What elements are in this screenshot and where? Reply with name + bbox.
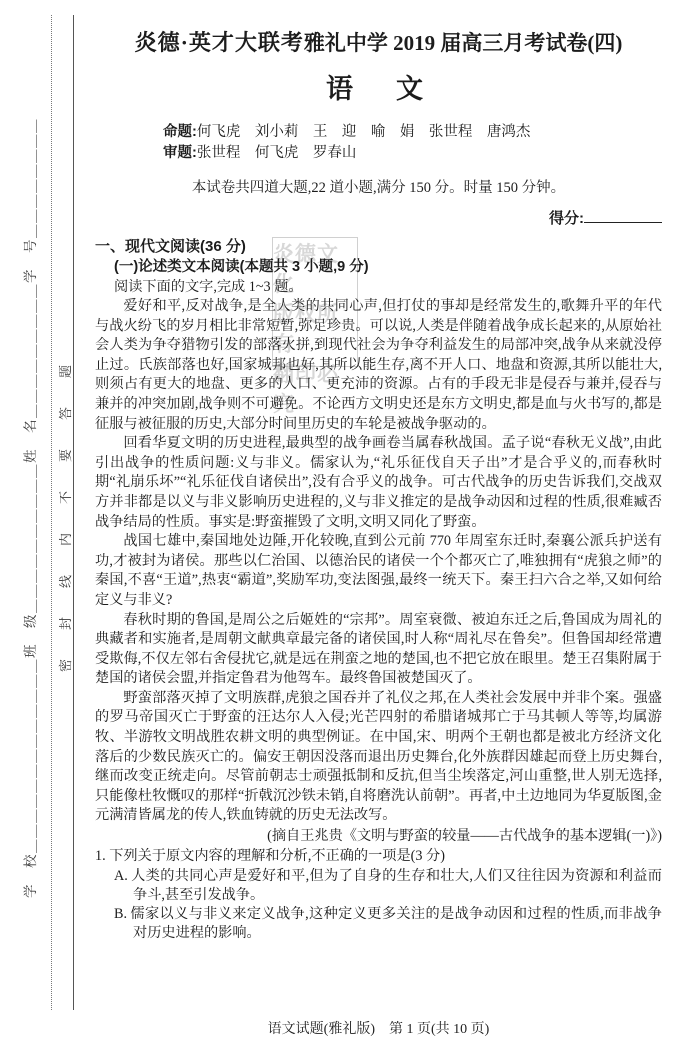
- subsection-heading-argumentative-reading: (一)论述类文本阅读(本题共 3 小题,9 分): [114, 257, 662, 277]
- seal-warning-text: 密封线内不要答题: [55, 336, 74, 672]
- passage-source-citation: (摘自王兆贵《文明与野蛮的较量——古代战争的基本逻辑(一)》): [95, 826, 662, 846]
- score-line: 得分:: [95, 207, 662, 228]
- question-1-stem: 1. 下列关于原文内容的理解和分析,不正确的一项是(3 分): [95, 846, 662, 866]
- page-footer: 语文试题(雅礼版) 第 1 页(共 10 页): [95, 1018, 662, 1038]
- reviewer-label: 审题:: [163, 145, 197, 161]
- question-1-option-b: B.儒家以义与非义来定义战争,这种定义更多关注的是战争动因和过程的性质,而非战争…: [95, 905, 662, 942]
- option-a-label: A.: [114, 868, 128, 884]
- setters-line: 命题:何飞虎 刘小莉 王 迎 喻 娟 张世程 唐鸿杰: [163, 122, 662, 143]
- option-b-label: B.: [114, 906, 127, 922]
- exam-title-rest: 雅礼中学 2019 届高三月考试卷(四): [304, 31, 623, 55]
- exam-note: 本试卷共四道大题,22 道小题,满分 150 分。时量 150 分钟。: [95, 176, 662, 197]
- score-label: 得分:: [549, 210, 584, 227]
- setter-label: 命题:: [163, 124, 197, 140]
- passage-paragraph: 春秋时期的鲁国,是周公之后姬姓的“宗邦”。周室衰微、被迫东迁之后,鲁国成为周礼的…: [95, 611, 662, 689]
- reviewers-line: 审题:张世程 何飞虎 罗春山: [163, 143, 662, 164]
- seal-dotted-line: [51, 15, 52, 1010]
- setter-names: 何飞虎 刘小莉 王 迎 喻 娟 张世程 唐鸿杰: [197, 124, 531, 140]
- exam-brand-name: 炎德·英才大联考: [135, 30, 304, 55]
- score-blank-line: [584, 208, 662, 223]
- passage-paragraph: 爱好和平,反对战争,是全人类的共同心声,但打仗的事却是经常发生的,歌舞升平的年代…: [95, 297, 662, 434]
- passage-paragraph: 回看华夏文明的历史进程,最典型的战争画卷当属春秋战国。孟子说“春秋无义战”,由此…: [95, 434, 662, 532]
- exam-title: 炎德·英才大联考雅礼中学 2019 届高三月考试卷(四): [95, 26, 662, 57]
- content-column: 炎德·英才大联考雅礼中学 2019 届高三月考试卷(四) 语 文 命题:何飞虎 …: [95, 0, 662, 942]
- student-info-fields: 学 校＿＿＿＿＿＿＿＿＿＿＿＿＿班 级＿＿＿＿＿＿＿＿＿＿姓 名＿＿＿＿＿＿＿＿…: [19, 118, 39, 898]
- question-1-option-a: A.人类的共同心声是爱好和平,但为了自身的生存和壮大,人们又往往因为资源和利益而…: [95, 867, 662, 904]
- credits-block: 命题:何飞虎 刘小莉 王 迎 喻 娟 张世程 唐鸿杰 审题:张世程 何飞虎 罗春…: [163, 122, 662, 164]
- section-heading-modern-reading: 一、现代文阅读(36 分): [95, 237, 662, 257]
- exam-paper-page: 学 校＿＿＿＿＿＿＿＿＿＿＿＿＿班 级＿＿＿＿＿＿＿＿＿＿姓 名＿＿＿＿＿＿＿＿…: [0, 0, 688, 1056]
- reviewer-names: 张世程 何飞虎 罗春山: [197, 145, 357, 161]
- option-b-text: 儒家以义与非义来定义战争,这种定义更多关注的是战争动因和过程的性质,而非战争对历…: [130, 906, 662, 941]
- option-a-text: 人类的共同心声是爱好和平,但为了自身的生存和壮大,人们又往往因为资源和利益而争斗…: [131, 868, 662, 903]
- passage-paragraph: 战国七雄中,秦国地处边陲,开化较晚,直到公元前 770 年周室东迁时,秦襄公派兵…: [95, 532, 662, 610]
- subject-title: 语 文: [95, 67, 662, 106]
- reading-instruction: 阅读下面的文字,完成 1~3 题。: [114, 277, 662, 297]
- passage-paragraph: 野蛮部落灭掉了文明族群,虎狼之国吞并了礼仪之邦,在人类社会发展中并非个案。强盛的…: [95, 689, 662, 826]
